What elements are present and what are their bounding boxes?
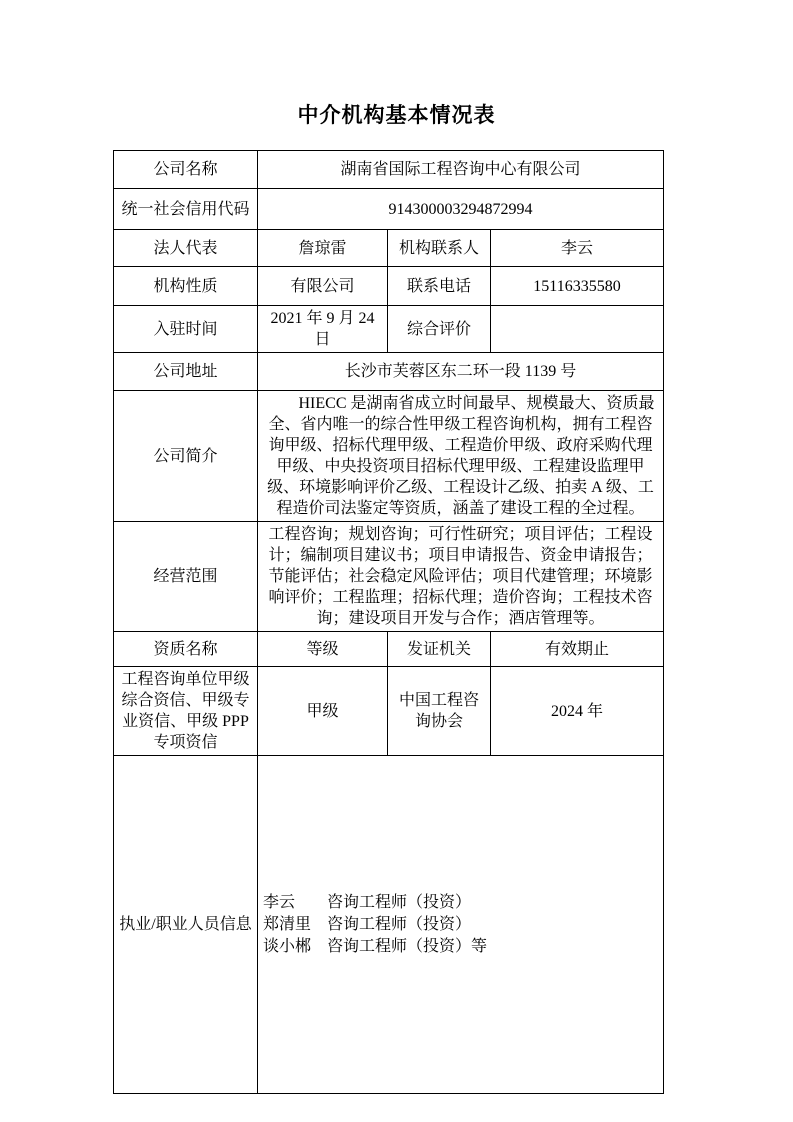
row-org-type: 机构性质 有限公司 联系电话 15116335580 [114,267,664,306]
personnel-value: 李云 咨询工程师（投资） 郑清里 咨询工程师（投资） 谈小郴 咨询工程师（投资）… [258,756,664,1094]
row-entry-date: 入驻时间 2021 年 9 月 24 日 综合评价 [114,306,664,353]
row-credit-code: 统一社会信用代码 914300003294872994 [114,189,664,230]
entry-date-label: 入驻时间 [114,306,258,353]
agency-info-table: 公司名称 湖南省国际工程咨询中心有限公司 统一社会信用代码 9143000032… [113,150,664,1094]
address-label: 公司地址 [114,353,258,391]
entry-date-value: 2021 年 9 月 24 日 [258,306,388,353]
rating-value [491,306,664,353]
scope-value: 工程咨询；规划咨询；可行性研究；项目评估；工程设计；编制项目建议书；项目申请报告… [258,522,664,632]
row-qualification: 工程咨询单位甲级综合资信、甲级专业资信、甲级 PPP 专项资信 甲级 中国工程咨… [114,667,664,756]
page-title: 中介机构基本情况表 [0,0,793,129]
row-company-name: 公司名称 湖南省国际工程咨询中心有限公司 [114,151,664,189]
row-address: 公司地址 长沙市芙蓉区东二环一段 1139 号 [114,353,664,391]
rating-label: 综合评价 [388,306,491,353]
scope-label: 经营范围 [114,522,258,632]
qualification-issuer: 中国工程咨询协会 [388,667,491,756]
row-qual-header: 资质名称 等级 发证机关 有效期止 [114,632,664,667]
profile-value: HIECC 是湖南省成立时间最早、规模最大、资质最全、省内唯一的综合性甲级工程咨… [258,391,664,522]
credit-code-label: 统一社会信用代码 [114,189,258,230]
phone-label: 联系电话 [388,267,491,306]
row-profile: 公司简介 HIECC 是湖南省成立时间最早、规模最大、资质最全、省内唯一的综合性… [114,391,664,522]
legal-rep-value: 詹琼雷 [258,230,388,267]
personnel-line: 谈小郴 咨询工程师（投资）等 [263,936,658,958]
qualification-name: 工程咨询单位甲级综合资信、甲级专业资信、甲级 PPP 专项资信 [114,667,258,756]
contact-person-value: 李云 [491,230,664,267]
company-name-value: 湖南省国际工程咨询中心有限公司 [258,151,664,189]
row-personnel: 执业/职业人员信息 李云 咨询工程师（投资） 郑清里 咨询工程师（投资） 谈小郴… [114,756,664,1094]
personnel-label: 执业/职业人员信息 [114,756,258,1094]
qual-expiry-header: 有效期止 [491,632,664,667]
org-type-value: 有限公司 [258,267,388,306]
personnel-line: 李云 咨询工程师（投资） [263,892,658,914]
qual-grade-header: 等级 [258,632,388,667]
profile-label: 公司简介 [114,391,258,522]
phone-value: 15116335580 [491,267,664,306]
contact-person-label: 机构联系人 [388,230,491,267]
legal-rep-label: 法人代表 [114,230,258,267]
org-type-label: 机构性质 [114,267,258,306]
company-name-label: 公司名称 [114,151,258,189]
personnel-line: 郑清里 咨询工程师（投资） [263,914,658,936]
qualification-expiry: 2024 年 [491,667,664,756]
qual-name-header: 资质名称 [114,632,258,667]
credit-code-value: 914300003294872994 [258,189,664,230]
row-legal-rep: 法人代表 詹琼雷 机构联系人 李云 [114,230,664,267]
document-page: 中介机构基本情况表 公司名称 湖南省国际工程咨询中心有限公司 统一社会信用代码 … [0,0,793,1122]
row-scope: 经营范围 工程咨询；规划咨询；可行性研究；项目评估；工程设计；编制项目建议书；项… [114,522,664,632]
address-value: 长沙市芙蓉区东二环一段 1139 号 [258,353,664,391]
qualification-grade: 甲级 [258,667,388,756]
qual-issuer-header: 发证机关 [388,632,491,667]
